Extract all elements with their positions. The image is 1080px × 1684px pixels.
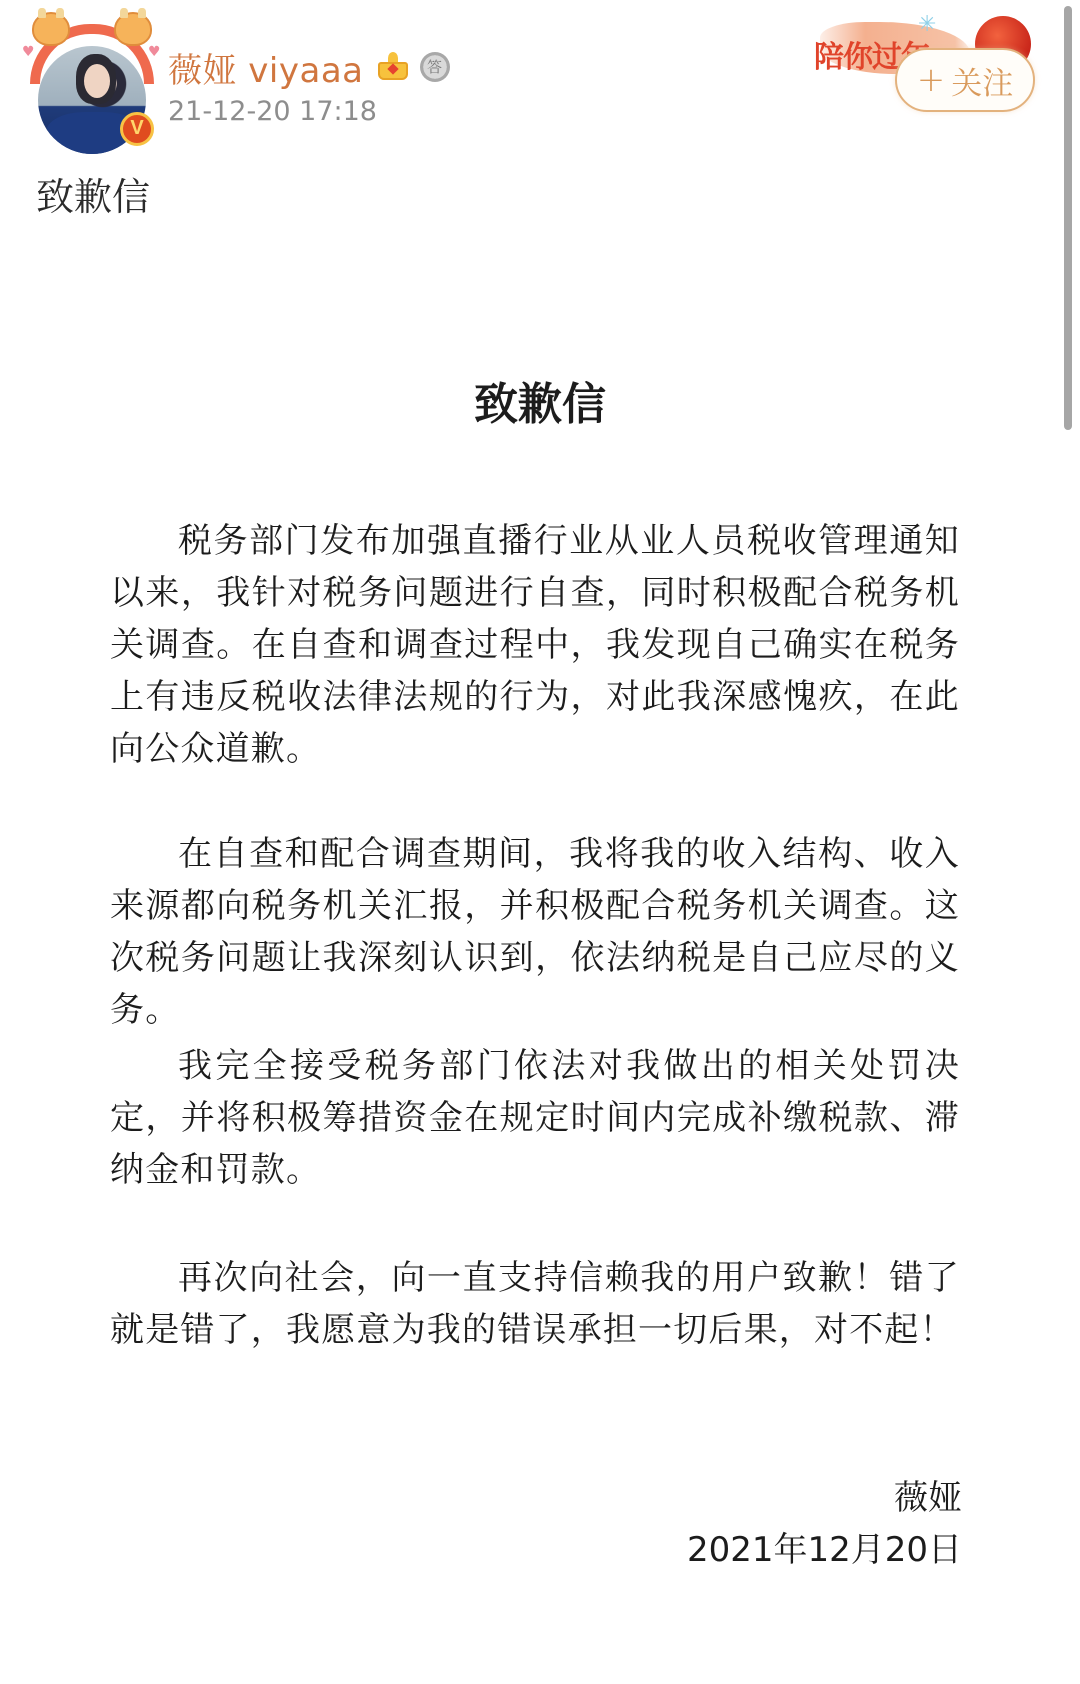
- letter-paragraph: 在自查和配合调查期间，我将我的收入结构、收入来源都向税务机关汇报，并积极配合税务…: [110, 828, 960, 1036]
- letter-paragraph: 我完全接受税务部门依法对我做出的相关处罚决定，并将积极筹措资金在规定时间内完成补…: [110, 1040, 960, 1196]
- ox-mascot-icon: [32, 12, 70, 46]
- follow-label: 关注: [951, 58, 1013, 103]
- crown-icon[interactable]: [376, 52, 410, 82]
- letter-date: 2021年12月20日: [687, 1522, 962, 1571]
- letter-paragraph: 税务部门发布加强直播行业从业人员税收管理通知以来，我针对税务问题进行自查，同时积…: [110, 515, 960, 775]
- avatar[interactable]: ♥ ♥ V: [22, 12, 162, 152]
- post-header: ♥ ♥ V 薇娅 viyaaa 答 21-12-20 17:18 ✳ 陪你过年 …: [0, 0, 1080, 160]
- scrollbar[interactable]: [1064, 6, 1072, 430]
- heart-icon: ♥: [148, 46, 162, 58]
- ox-mascot-icon: [114, 12, 152, 46]
- user-info: 薇娅 viyaaa 答 21-12-20 17:18: [168, 44, 450, 127]
- verified-badge-icon: V: [120, 112, 154, 146]
- plus-icon: +: [917, 63, 946, 97]
- follow-button[interactable]: + 关注: [895, 48, 1035, 112]
- letter-paragraph: 再次向社会，向一直支持信赖我的用户致歉！错了就是错了，我愿意为我的错误承担一切后…: [110, 1252, 960, 1356]
- medal-icon[interactable]: 答: [420, 52, 450, 82]
- letter-signature: 薇娅: [894, 1470, 962, 1519]
- heart-icon: ♥: [22, 46, 36, 58]
- letter-title: 致歉信: [340, 368, 740, 432]
- username-link[interactable]: 薇娅 viyaaa: [168, 43, 364, 92]
- post-timestamp: 21-12-20 17:18: [168, 96, 450, 127]
- post-text: 致歉信: [36, 166, 150, 221]
